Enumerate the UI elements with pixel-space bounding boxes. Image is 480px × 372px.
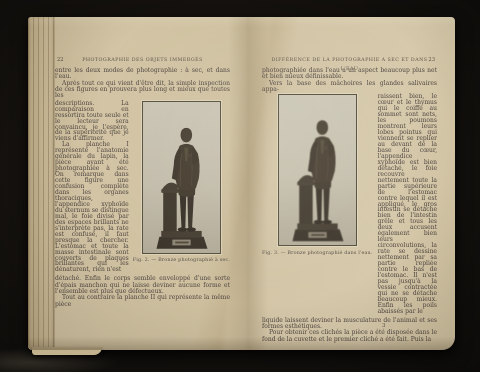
right-bottom-block: liquide laissent deviner la musculature …	[262, 318, 437, 343]
paragraph: Vers la base des mâchoires les glandes s…	[262, 81, 437, 94]
right-page: DIFFÉRENCE DE LA PHOTOGRAPHIE A SEC ET D…	[262, 56, 437, 316]
open-book: 22 PHOTOGRAPHIE DES OBJETS IMMERGÉS entr…	[28, 17, 455, 350]
left-bottom-block: détaché. Enfin le corps semble enveloppé…	[55, 276, 230, 308]
bronze-statuette-photo-underwater	[278, 94, 357, 246]
paragraph: Tout au contraire la planche II qui repr…	[55, 295, 230, 308]
paragraph: Après tout ce qui vient d'être dit, la s…	[55, 81, 230, 100]
paragraph: La planche I représente l'anatomie génér…	[55, 142, 129, 273]
figure-2: Fig. 2. — Bronze photographié à sec.	[133, 101, 230, 274]
left-page: 22 PHOTOGRAPHIE DES OBJETS IMMERGÉS entr…	[55, 56, 230, 306]
right-page-header: DIFFÉRENCE DE LA PHOTOGRAPHIE A SEC ET D…	[262, 56, 437, 65]
paragraph: Pour obtenir ces clichés la pièce a été …	[262, 330, 437, 343]
left-intro-block: entre les deux modes de photographie : à…	[55, 68, 230, 100]
figure-3-caption: Fig. 3. — Bronze photographié dans l'eau…	[262, 250, 373, 256]
left-wrap-region: descriptions. La comparaison en ressorti…	[55, 101, 230, 274]
paragraph: descriptions. La comparaison en ressorti…	[55, 101, 129, 143]
paragraph: entre les deux modes de photographie : à…	[55, 68, 230, 81]
right-wrap-region: Fig. 3. — Bronze photographié dans l'eau…	[262, 94, 437, 314]
bronze-statuette-illustration	[143, 102, 220, 253]
book-page-edges	[28, 17, 55, 350]
bronze-statuette-illustration	[279, 95, 356, 245]
right-text-column: raissent bien, le cœur et le thymus qui …	[378, 94, 437, 314]
paragraph: détaché. Enfin le corps semble enveloppé…	[55, 276, 230, 295]
left-text-column: descriptions. La comparaison en ressorti…	[55, 101, 129, 274]
photograph-of-open-book: 22 PHOTOGRAPHIE DES OBJETS IMMERGÉS entr…	[0, 0, 480, 372]
left-running-title: PHOTOGRAPHIE DES OBJETS IMMERGÉS	[82, 58, 203, 63]
figure-3: Fig. 3. — Bronze photographié dans l'eau…	[262, 94, 373, 314]
signature-mark: 3	[382, 323, 386, 329]
right-page-number: 23	[428, 56, 435, 65]
left-page-header: 22 PHOTOGRAPHIE DES OBJETS IMMERGÉS	[55, 56, 230, 65]
paragraph: raissent bien, le cœur et le thymus qui …	[378, 94, 437, 314]
left-page-number: 22	[57, 56, 64, 65]
bronze-statuette-photo-dry	[142, 101, 221, 254]
figure-2-caption: Fig. 2. — Bronze photographié à sec.	[133, 257, 230, 263]
